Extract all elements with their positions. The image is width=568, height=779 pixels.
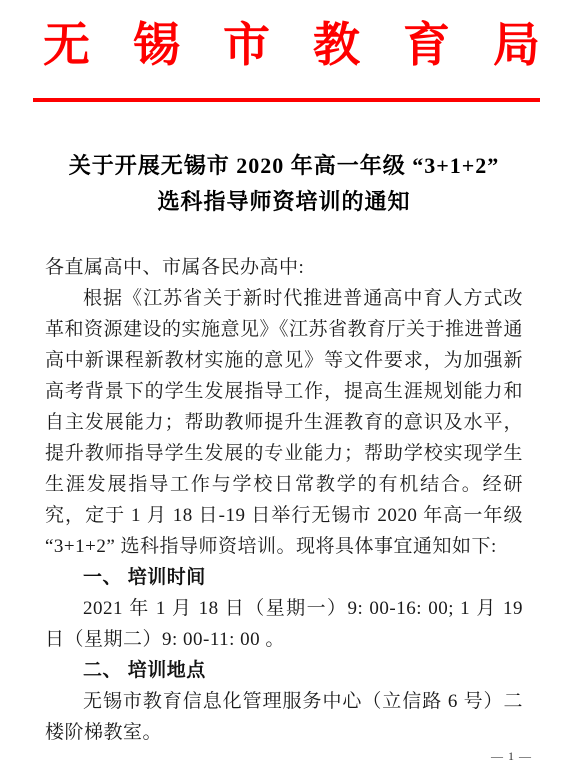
intro-paragraph: 根据《江苏省关于新时代推进普通高中育人方式改革和资源建设的实施意见》《江苏省教育… bbox=[45, 283, 523, 562]
document-page: 无锡市教育局 关于开展无锡市 2020 年高一年级 “3+1+2” 选科指导师资… bbox=[0, 0, 568, 779]
document-title-line2: 选科指导师资培训的通知 bbox=[30, 184, 538, 220]
salutation: 各直属高中、市属各民办高中: bbox=[45, 252, 523, 283]
page-footer: — 1 — bbox=[491, 747, 532, 765]
letterhead-divider bbox=[33, 98, 540, 102]
section-2-content: 无锡市教育信息化管理服务中心（立信路 6 号）二楼阶梯教室。 bbox=[45, 686, 523, 748]
section-1-heading: 一、 培训时间 bbox=[45, 562, 523, 593]
document-title: 关于开展无锡市 2020 年高一年级 “3+1+2” 选科指导师资培训的通知 bbox=[30, 148, 538, 220]
section-1-content: 2021 年 1 月 18 日（星期一）9: 00-16: 00; 1 月 19… bbox=[45, 593, 523, 655]
page-number: — 1 — bbox=[491, 749, 532, 763]
document-title-line1: 关于开展无锡市 2020 年高一年级 “3+1+2” bbox=[30, 148, 538, 184]
agency-name: 无锡市教育局 bbox=[0, 16, 568, 76]
document-body: 各直属高中、市属各民办高中: 根据《江苏省关于新时代推进普通高中育人方式改革和资… bbox=[45, 252, 523, 748]
agency-letterhead: 无锡市教育局 bbox=[0, 0, 568, 102]
section-2-heading: 二、 培训地点 bbox=[45, 655, 523, 686]
